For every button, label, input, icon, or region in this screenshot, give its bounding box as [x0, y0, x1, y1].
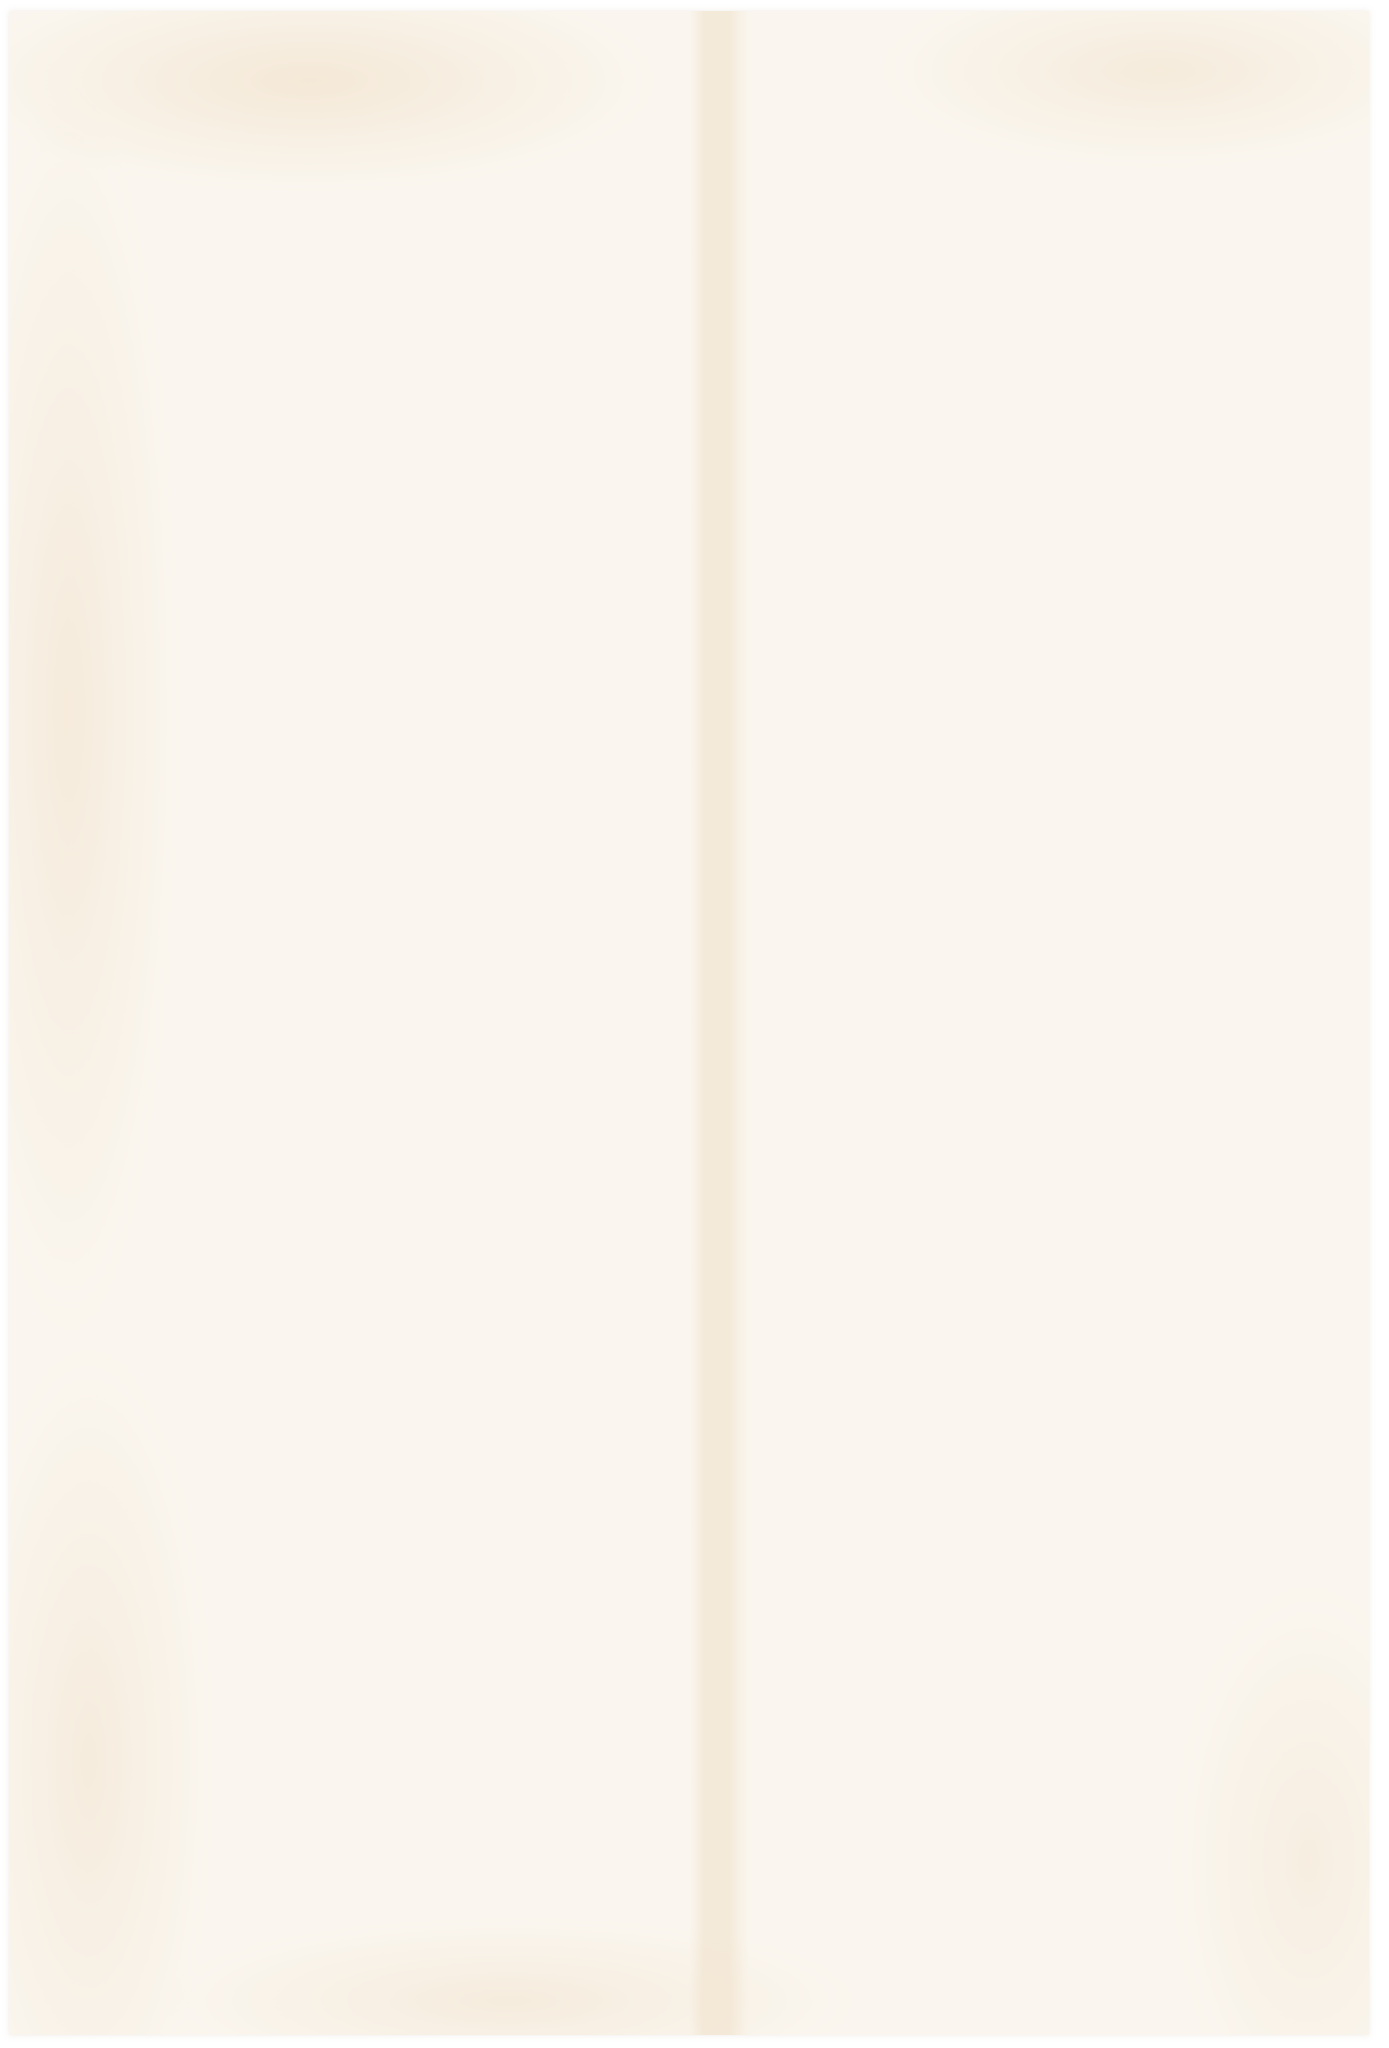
rug-photo [9, 11, 1369, 2035]
